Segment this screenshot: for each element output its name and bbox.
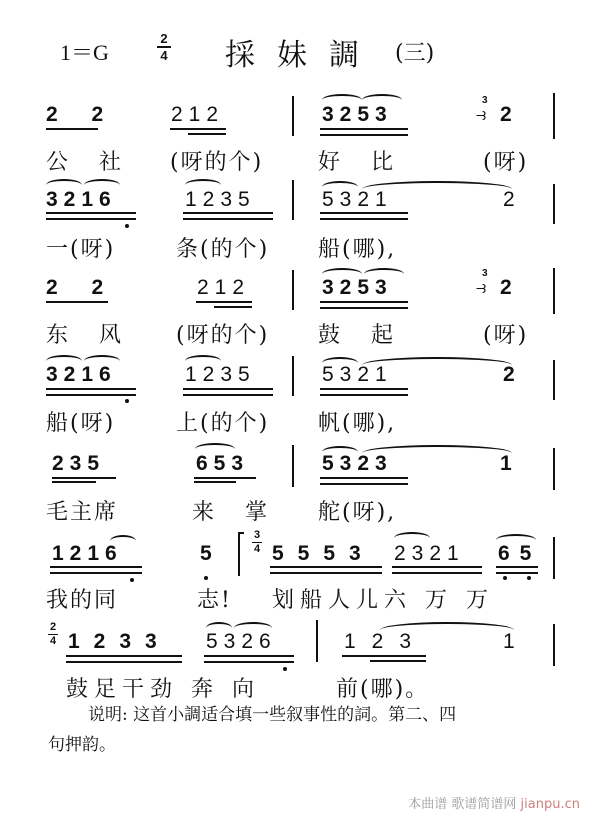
- lyrics: 舵(呀),: [318, 495, 396, 526]
- note-group: 1233: [68, 630, 171, 654]
- lyrics: 好 比: [318, 145, 405, 176]
- underline: [170, 128, 226, 130]
- low-octave-dot: [130, 578, 134, 582]
- double-underline: [50, 566, 142, 574]
- barline: [553, 448, 555, 490]
- double-underline: [183, 212, 273, 220]
- watermark-text: 本曲谱 歌谱简谱网: [408, 797, 516, 812]
- note-group: 212: [197, 276, 250, 300]
- time-signature-change: 3 4: [252, 530, 262, 555]
- underline: [52, 477, 116, 479]
- lyrics: 前(哪)。: [336, 672, 429, 703]
- trill-icon: ⥽: [476, 104, 486, 125]
- low-octave-dot: [527, 576, 531, 580]
- note-group: 2: [500, 276, 518, 300]
- lyrics: 志!: [197, 583, 232, 614]
- note-group: 1235: [185, 363, 256, 387]
- note-group: 123: [344, 630, 427, 654]
- note-group: 653: [196, 452, 249, 476]
- lyrics: (呀): [483, 318, 528, 349]
- note-group: 5553: [272, 542, 375, 566]
- barline: [553, 184, 555, 224]
- explanation-line-1: 说明: 这首小調适合填一些叙事性的詞。第二、四: [88, 700, 456, 730]
- song-title: 採妹調: [225, 30, 381, 74]
- lyrics: 毛主席: [46, 495, 118, 526]
- lyrics: (呀): [483, 145, 528, 176]
- barline: [553, 624, 555, 666]
- note-group: 2 2: [46, 103, 117, 127]
- double-underline: [183, 388, 273, 396]
- underline: [342, 655, 426, 657]
- double-underline: [392, 566, 482, 574]
- note-group: 3253: [322, 276, 393, 300]
- time-signature-change: 2 4: [48, 622, 58, 647]
- lyrics: 东 风: [46, 318, 133, 349]
- double-underline: [320, 477, 408, 485]
- note-group: 5321: [322, 363, 393, 387]
- low-octave-dot: [204, 576, 208, 580]
- note-group: 1: [500, 452, 518, 476]
- barline: [553, 537, 555, 579]
- double-underline: [204, 655, 294, 663]
- underline: [46, 128, 98, 130]
- bracket-barline: [238, 532, 240, 576]
- watermark-site: jianpu.cn: [521, 797, 580, 812]
- barline: [553, 360, 555, 400]
- time-sig-numerator: 2: [50, 621, 56, 633]
- time-sig-denominator: 4: [50, 635, 56, 647]
- note-group: 1216: [52, 542, 123, 566]
- lyrics: 上(的个): [176, 406, 269, 437]
- time-sig-denominator: 4: [254, 543, 260, 555]
- low-octave-dot: [125, 399, 129, 403]
- time-signature: 2 4: [157, 32, 171, 62]
- barline: [292, 96, 294, 136]
- low-octave-dot: [125, 224, 129, 228]
- barline: [292, 445, 294, 487]
- underline: [194, 481, 236, 483]
- trill-icon: ⥽: [476, 277, 486, 298]
- double-underline: [66, 655, 182, 663]
- time-sig-denominator: 4: [160, 48, 167, 63]
- underline: [196, 301, 252, 303]
- barline: [292, 356, 294, 396]
- lyrics: 帆(哪),: [318, 406, 396, 437]
- barline: [292, 180, 294, 220]
- note-group: 3216: [46, 363, 117, 387]
- underline: [370, 660, 426, 662]
- note-group: 1235: [185, 188, 256, 212]
- note-group: 5321: [322, 188, 393, 212]
- underline: [52, 481, 96, 483]
- lyrics: 鼓 起: [318, 318, 405, 349]
- note-group: 3216: [46, 188, 117, 212]
- underline: [194, 477, 256, 479]
- bracket-top: [238, 532, 244, 534]
- explanation-line-2: 句押韵。: [48, 730, 116, 760]
- lyrics: (呀的个): [170, 145, 263, 176]
- note-group: 2 2: [46, 276, 117, 300]
- note-group: 2321: [394, 542, 465, 566]
- note-group: 2: [503, 188, 521, 212]
- barline: [316, 620, 318, 662]
- note-group: 3253: [322, 103, 393, 127]
- lyrics: 来 掌: [192, 495, 279, 526]
- note-group: 65: [498, 542, 541, 566]
- time-sig-numerator: 3: [254, 529, 260, 541]
- lyrics: 船(哪),: [318, 232, 396, 263]
- double-underline: [46, 388, 136, 396]
- lyrics: 我的同: [46, 583, 118, 614]
- lyrics: 一(呀): [46, 232, 115, 263]
- note-group: 2: [503, 363, 521, 387]
- lyrics: 船(呀): [46, 406, 115, 437]
- lyrics: (呀的个): [176, 318, 269, 349]
- barline: [553, 93, 555, 139]
- time-sig-numerator: 2: [160, 31, 167, 46]
- underline: [214, 306, 252, 308]
- double-underline: [496, 566, 538, 574]
- barline: [553, 268, 555, 314]
- key-signature: 1＝G: [60, 36, 109, 67]
- note-group: 5: [200, 542, 218, 566]
- note-group: 5326: [206, 630, 277, 654]
- lyrics: 划船人儿六 万 万: [272, 583, 494, 614]
- note-group: 235: [52, 452, 105, 476]
- low-octave-dot: [283, 667, 287, 671]
- double-underline: [46, 212, 136, 220]
- song-title-suffix: (三): [395, 36, 434, 67]
- underline: [46, 301, 108, 303]
- lyrics: 公 社: [46, 145, 133, 176]
- note-group: 5323: [322, 452, 393, 476]
- lyrics: 条(的个): [176, 232, 269, 263]
- underline: [188, 133, 226, 135]
- double-underline: [320, 212, 408, 220]
- lyrics: 鼓足干劲 奔 向: [66, 672, 260, 703]
- double-underline: [320, 128, 408, 136]
- low-octave-dot: [503, 576, 507, 580]
- double-underline: [320, 388, 408, 396]
- watermark: 本曲谱 歌谱简谱网 jianpu.cn: [408, 793, 580, 812]
- barline: [292, 270, 294, 310]
- double-underline: [320, 301, 408, 309]
- note-group: 212: [171, 103, 224, 127]
- note-group: 1: [503, 630, 521, 654]
- double-underline: [270, 566, 382, 574]
- note-group: 2: [500, 103, 518, 127]
